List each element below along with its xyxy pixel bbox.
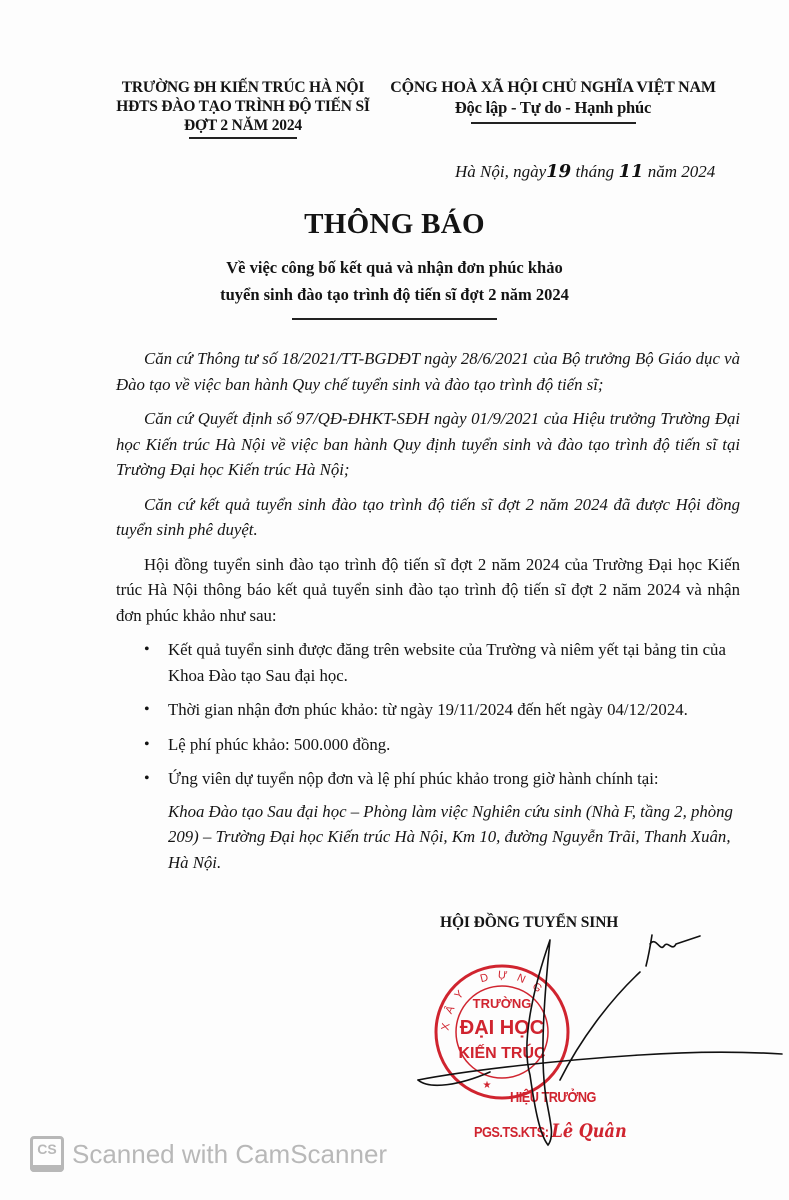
legal-basis-paragraph-2: Căn cứ Quyết định số 97/QĐ-ĐHKT-SĐH ngày… [116, 406, 740, 483]
rector-title: HIỆU TRƯỞNG [510, 1089, 596, 1106]
document-date: Hà Nội, ngày19 tháng 11 năm 2024 [455, 161, 745, 182]
header-right-underline [471, 122, 636, 124]
document-body: Căn cứ Thông tư số 18/2021/TT-BGDĐT ngày… [116, 346, 740, 875]
camscanner-watermark: CS Scanned with CamScanner [30, 1136, 387, 1172]
issuing-organization-header: TRƯỜNG ĐH KIẾN TRÚC HÀ NỘI HĐTS ĐÀO TẠO … [98, 78, 388, 139]
stamp-star-icon: ★ [483, 1080, 492, 1091]
country-name: CỘNG HOÀ XÃ HỘI CHỦ NGHĨA VIỆT NAM [378, 78, 728, 98]
stamp-line-1: TRƯỜNG [473, 996, 532, 1011]
bullet-results-publication: Kết quả tuyển sinh được đăng trên websit… [144, 637, 740, 688]
cs-logo-icon: CS [30, 1136, 64, 1172]
subtitle-line-2: tuyển sinh đào tạo trình độ tiến sĩ đợt … [0, 281, 789, 308]
header-left-line-2: HĐTS ĐÀO TẠO TRÌNH ĐỘ TIẾN SĨ [98, 97, 388, 116]
document-subtitle: Về việc công bố kết quả và nhận đơn phúc… [0, 254, 789, 320]
stamp-line-2: ĐẠI HỌC [460, 1017, 544, 1039]
subtitle-underline [292, 318, 497, 320]
date-year: năm 2024 [644, 162, 716, 181]
header-left-underline [189, 137, 297, 139]
date-month-handwritten: 11 [618, 161, 643, 182]
date-month-label: tháng [571, 162, 618, 181]
subtitle-line-1: Về việc công bố kết quả và nhận đơn phúc… [0, 254, 789, 281]
document-title: THÔNG BÁO [0, 208, 789, 241]
legal-basis-paragraph-1: Căn cứ Thông tư số 18/2021/TT-BGDĐT ngày… [116, 346, 740, 397]
stamp-line-3: KIẾN TRÚC [458, 1043, 546, 1062]
signer-line: PGS.TS.KTS: Lê Quân [474, 1120, 627, 1142]
date-day-handwritten: 19 [546, 161, 571, 182]
date-prefix: Hà Nội, ngày [455, 162, 546, 181]
watermark-text: Scanned with CamScanner [72, 1139, 387, 1170]
signer-credentials: PGS.TS.KTS: [474, 1124, 551, 1141]
national-motto: Độc lập - Tự do - Hạnh phúc [378, 98, 728, 118]
announcement-paragraph: Hội đồng tuyển sinh đào tạo trình độ tiế… [116, 552, 740, 629]
legal-basis-paragraph-3: Căn cứ kết quả tuyển sinh đào tạo trình … [116, 492, 740, 543]
official-red-stamp: XÂY DỰNG TRƯỜNG ĐẠI HỌC KIẾN TRÚC ★ [432, 962, 572, 1102]
submission-address: Khoa Đào tạo Sau đại học – Phòng làm việ… [144, 799, 740, 876]
signer-name: Lê Quân [551, 1120, 626, 1142]
bullet-appeal-fee: Lệ phí phúc khảo: 500.000 đồng. [144, 732, 740, 758]
bullet-submission-place: Ứng viên dự tuyển nộp đơn và lệ phí phúc… [144, 766, 740, 792]
scanned-document-page: TRƯỜNG ĐH KIẾN TRÚC HÀ NỘI HĐTS ĐÀO TẠO … [0, 0, 789, 1200]
header-left-line-3: ĐỢT 2 NĂM 2024 [98, 116, 388, 135]
signing-council: HỘI ĐỒNG TUYỂN SINH [440, 914, 618, 932]
announcement-bullet-list: Kết quả tuyển sinh được đăng trên websit… [144, 637, 740, 792]
bullet-appeal-period: Thời gian nhận đơn phúc khảo: từ ngày 19… [144, 697, 740, 723]
national-motto-header: CỘNG HOÀ XÃ HỘI CHỦ NGHĨA VIỆT NAM Độc l… [378, 78, 728, 124]
header-left-line-1: TRƯỜNG ĐH KIẾN TRÚC HÀ NỘI [98, 78, 388, 97]
